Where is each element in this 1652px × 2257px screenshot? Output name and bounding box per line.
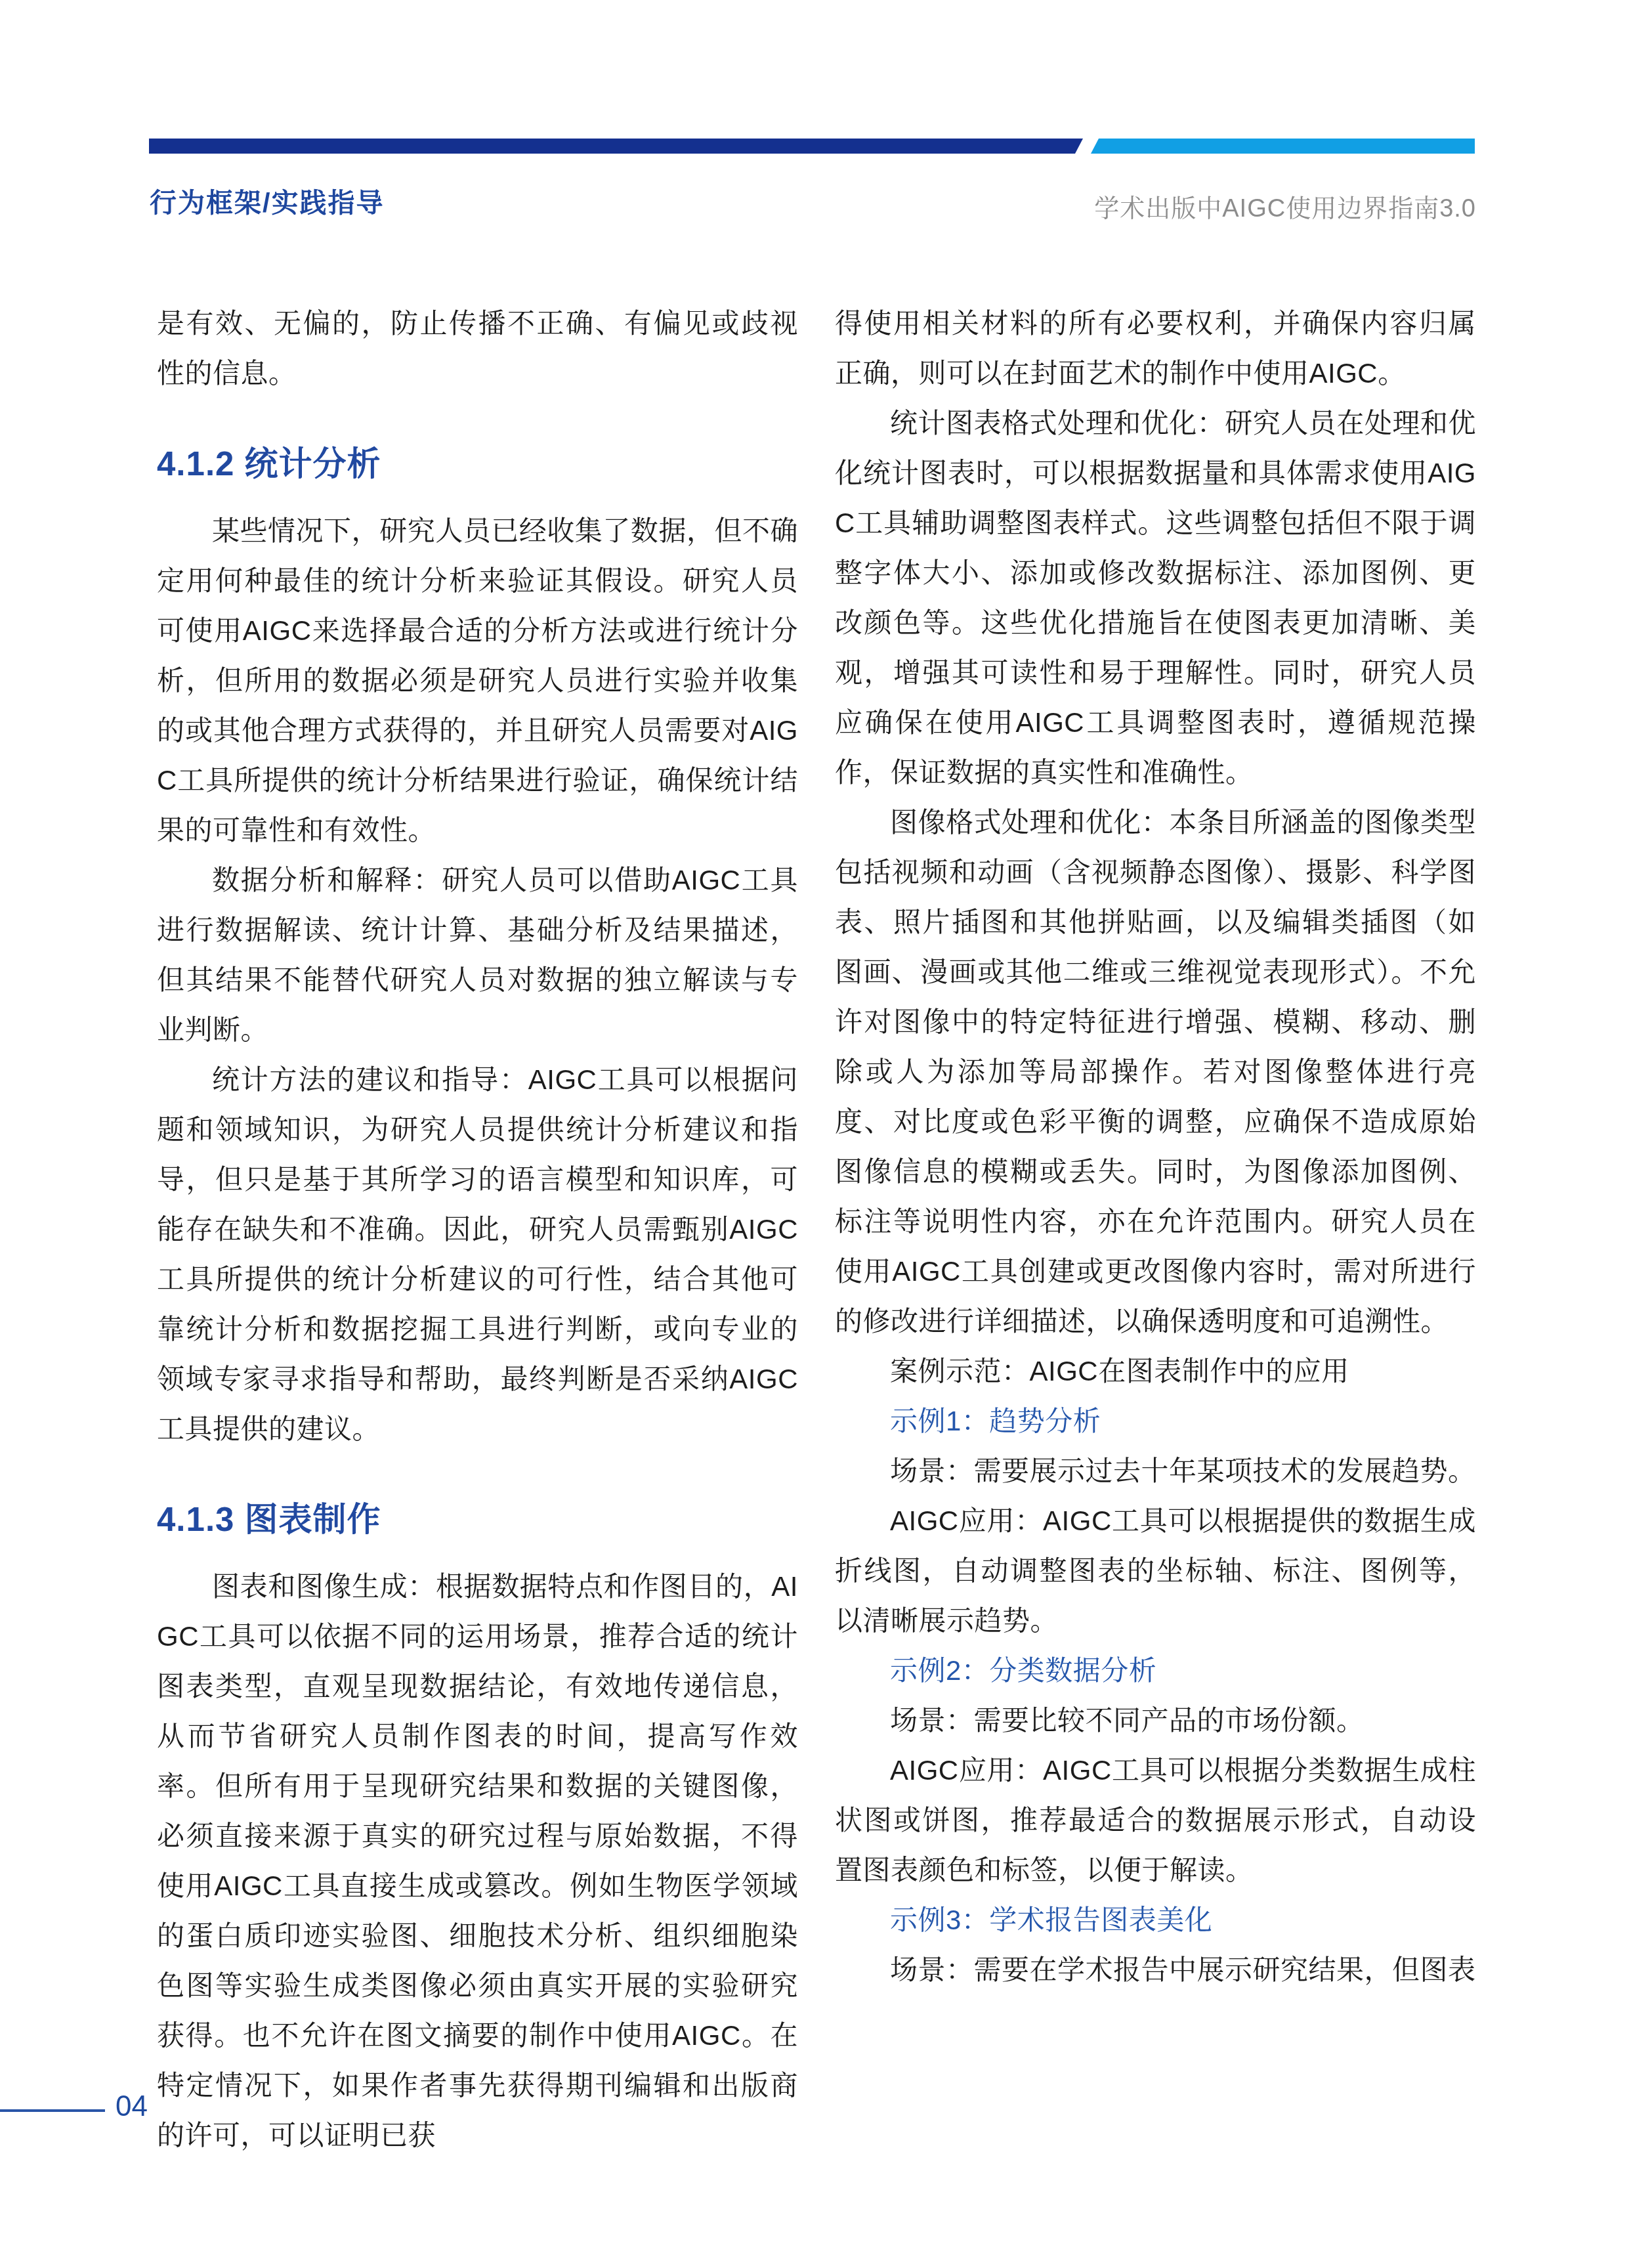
header-doc-title: 学术出版中AIGC使用边界指南3.0 xyxy=(1094,188,1476,224)
example-3-scene: 场景：需要在学术报告中展示研究结果，但图表 xyxy=(835,1945,1476,1995)
page-number: 04 xyxy=(116,2090,148,2123)
header-bar-light xyxy=(1091,139,1475,154)
right-column: 得使用相关材料的所有必要权利，并确保内容归属正确，则可以在封面艺术的制作中使用A… xyxy=(835,299,1476,2160)
header-section-label: 行为框架/实践指导 xyxy=(150,181,384,220)
example-1-application: AIGC应用：AIGC工具可以根据提供的数据生成折线图，自动调整图表的坐标轴、标… xyxy=(835,1496,1476,1646)
paragraph: 图像格式处理和优化：本条目所涵盖的图像类型包括视频和动画（含视频静态图像）、摄影… xyxy=(835,798,1476,1346)
left-column: 是有效、无偏的，防止传播不正确、有偏见或歧视性的信息。 4.1.2 统计分析 某… xyxy=(157,299,798,2160)
paragraph: 某些情况下，研究人员已经收集了数据，但不确定用何种最佳的统计分析来验证其假设。研… xyxy=(157,506,798,855)
example-1-scene: 场景：需要展示过去十年某项技术的发展趋势。 xyxy=(835,1446,1476,1496)
section-heading-4-1-3: 4.1.3 图表制作 xyxy=(157,1494,798,1546)
paragraph: 统计方法的建议和指导：AIGC工具可以根据问题和领域知识，为研究人员提供统计分析… xyxy=(157,1055,798,1454)
paragraph: 统计图表格式处理和优化：研究人员在处理和优化统计图表时，可以根据数据量和具体需求… xyxy=(835,398,1476,798)
case-demo-line: 案例示范：AIGC在图表制作中的应用 xyxy=(835,1346,1476,1396)
section-heading-4-1-2: 4.1.2 统计分析 xyxy=(157,438,798,490)
footer-rule xyxy=(0,2109,105,2112)
document-page: 行为框架/实践指导 学术出版中AIGC使用边界指南3.0 是有效、无偏的，防止传… xyxy=(0,0,1652,2257)
paragraph-continuation: 是有效、无偏的，防止传播不正确、有偏见或歧视性的信息。 xyxy=(157,299,798,398)
paragraph: 图表和图像生成：根据数据特点和作图目的，AIGC工具可以依据不同的运用场景，推荐… xyxy=(157,1562,798,2160)
content-columns: 是有效、无偏的，防止传播不正确、有偏见或歧视性的信息。 4.1.2 统计分析 某… xyxy=(157,299,1476,2160)
paragraph: 数据分析和解释：研究人员可以借助AIGC工具进行数据解读、统计计算、基础分析及结… xyxy=(157,855,798,1055)
example-2-scene: 场景：需要比较不同产品的市场份额。 xyxy=(835,1696,1476,1746)
example-2-title: 示例2：分类数据分析 xyxy=(835,1646,1476,1696)
example-2-application: AIGC应用：AIGC工具可以根据分类数据生成柱状图或饼图，推荐最适合的数据展示… xyxy=(835,1746,1476,1895)
header-bar-dark xyxy=(149,139,1083,154)
example-1-title: 示例1：趋势分析 xyxy=(835,1396,1476,1446)
example-3-title: 示例3：学术报告图表美化 xyxy=(835,1895,1476,1945)
paragraph-continuation: 得使用相关材料的所有必要权利，并确保内容归属正确，则可以在封面艺术的制作中使用A… xyxy=(835,299,1476,398)
